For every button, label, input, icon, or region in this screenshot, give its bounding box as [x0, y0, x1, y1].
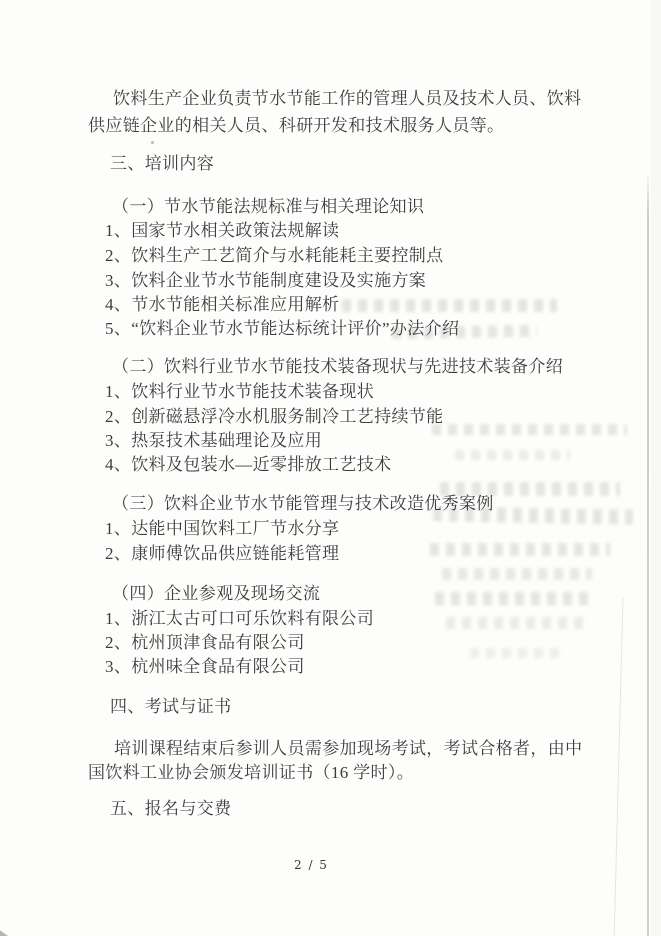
list-item: 2、康师傅饮品供应链能耗管理: [105, 543, 339, 564]
list-item: 2、饮料生产工艺简介与水耗能耗主要控制点: [105, 245, 444, 266]
bleed-through-artifact: [446, 617, 586, 629]
list-item: 3、热泵技术基础理论及应用: [105, 430, 322, 451]
section-heading-registration: 五、报名与交费: [110, 798, 231, 819]
list-item: 5、“饮料企业节水节能达标统计评价”办法介绍: [105, 318, 459, 339]
bleed-through-artifact: [435, 592, 595, 605]
list-item: 1、浙江太古可口可乐饮料有限公司: [105, 608, 374, 629]
bleed-through-artifact: [470, 648, 560, 658]
exam-paragraph-line-2: 国饮料工业协会颁发培训证书（16 学时）。: [88, 762, 414, 783]
section-heading-training-content: 三、培训内容: [110, 153, 214, 174]
ink-speck: [151, 141, 154, 144]
scan-edge-shade: [651, 0, 661, 936]
bleed-through-artifact: [432, 424, 627, 435]
list-item: 2、杭州顶津食品有限公司: [105, 632, 305, 653]
list-item: 3、杭州味全食品有限公司: [105, 656, 305, 677]
list-item: 2、创新磁悬浮冷水机服务制冷工艺持续节能: [105, 406, 444, 427]
section-heading-exam-certificate: 四、考试与证书: [110, 696, 231, 717]
audience-paragraph-line-1: 饮料生产企业负责节水节能工作的管理人员及技术人员、饮料: [113, 88, 581, 109]
list-item: 1、国家节水相关政策法规解读: [105, 220, 339, 241]
bleed-through-artifact: [442, 568, 592, 580]
bleed-through-artifact: [430, 543, 610, 556]
list-item: 1、达能中国饮料工厂节水分享: [105, 518, 339, 539]
audience-paragraph-line-2: 供应链企业的相关人员、科研开发和技术服务人员等。: [88, 115, 504, 136]
document-page: 饮料生产企业负责节水节能工作的管理人员及技术人员、饮料 供应链企业的相关人员、科…: [0, 0, 661, 936]
scan-fold-line: [613, 598, 623, 936]
list-item: 4、节水节能相关标准应用解析: [105, 294, 339, 315]
list-item: 1、饮料行业节水节能技术装备现状: [105, 381, 374, 402]
exam-paragraph-line-1: 培训课程结束后参训人员需参加现场考试，考试合格者，由中: [114, 738, 582, 759]
subsection-heading-part2: （二）饮料行业节水节能技术装备现状与先进技术装备介绍: [112, 356, 563, 377]
list-item: 4、饮料及包装水—近零排放工艺技术: [105, 454, 391, 475]
bleed-through-artifact: [455, 450, 570, 460]
bleed-through-artifact: [342, 299, 557, 312]
subsection-heading-part3: （三）饮料企业节水节能管理与技术改造优秀案例: [112, 493, 494, 514]
scan-edge-line: [647, 172, 649, 936]
list-item: 3、饮料企业节水节能制度建设及实施方案: [105, 270, 426, 291]
page-number: 2 / 5: [294, 858, 328, 872]
scan-corner-mark: [0, 929, 8, 936]
subsection-heading-part1: （一）节水节能法规标准与相关理论知识: [112, 196, 424, 217]
subsection-heading-part4: （四）企业参观及现场交流: [112, 583, 320, 604]
